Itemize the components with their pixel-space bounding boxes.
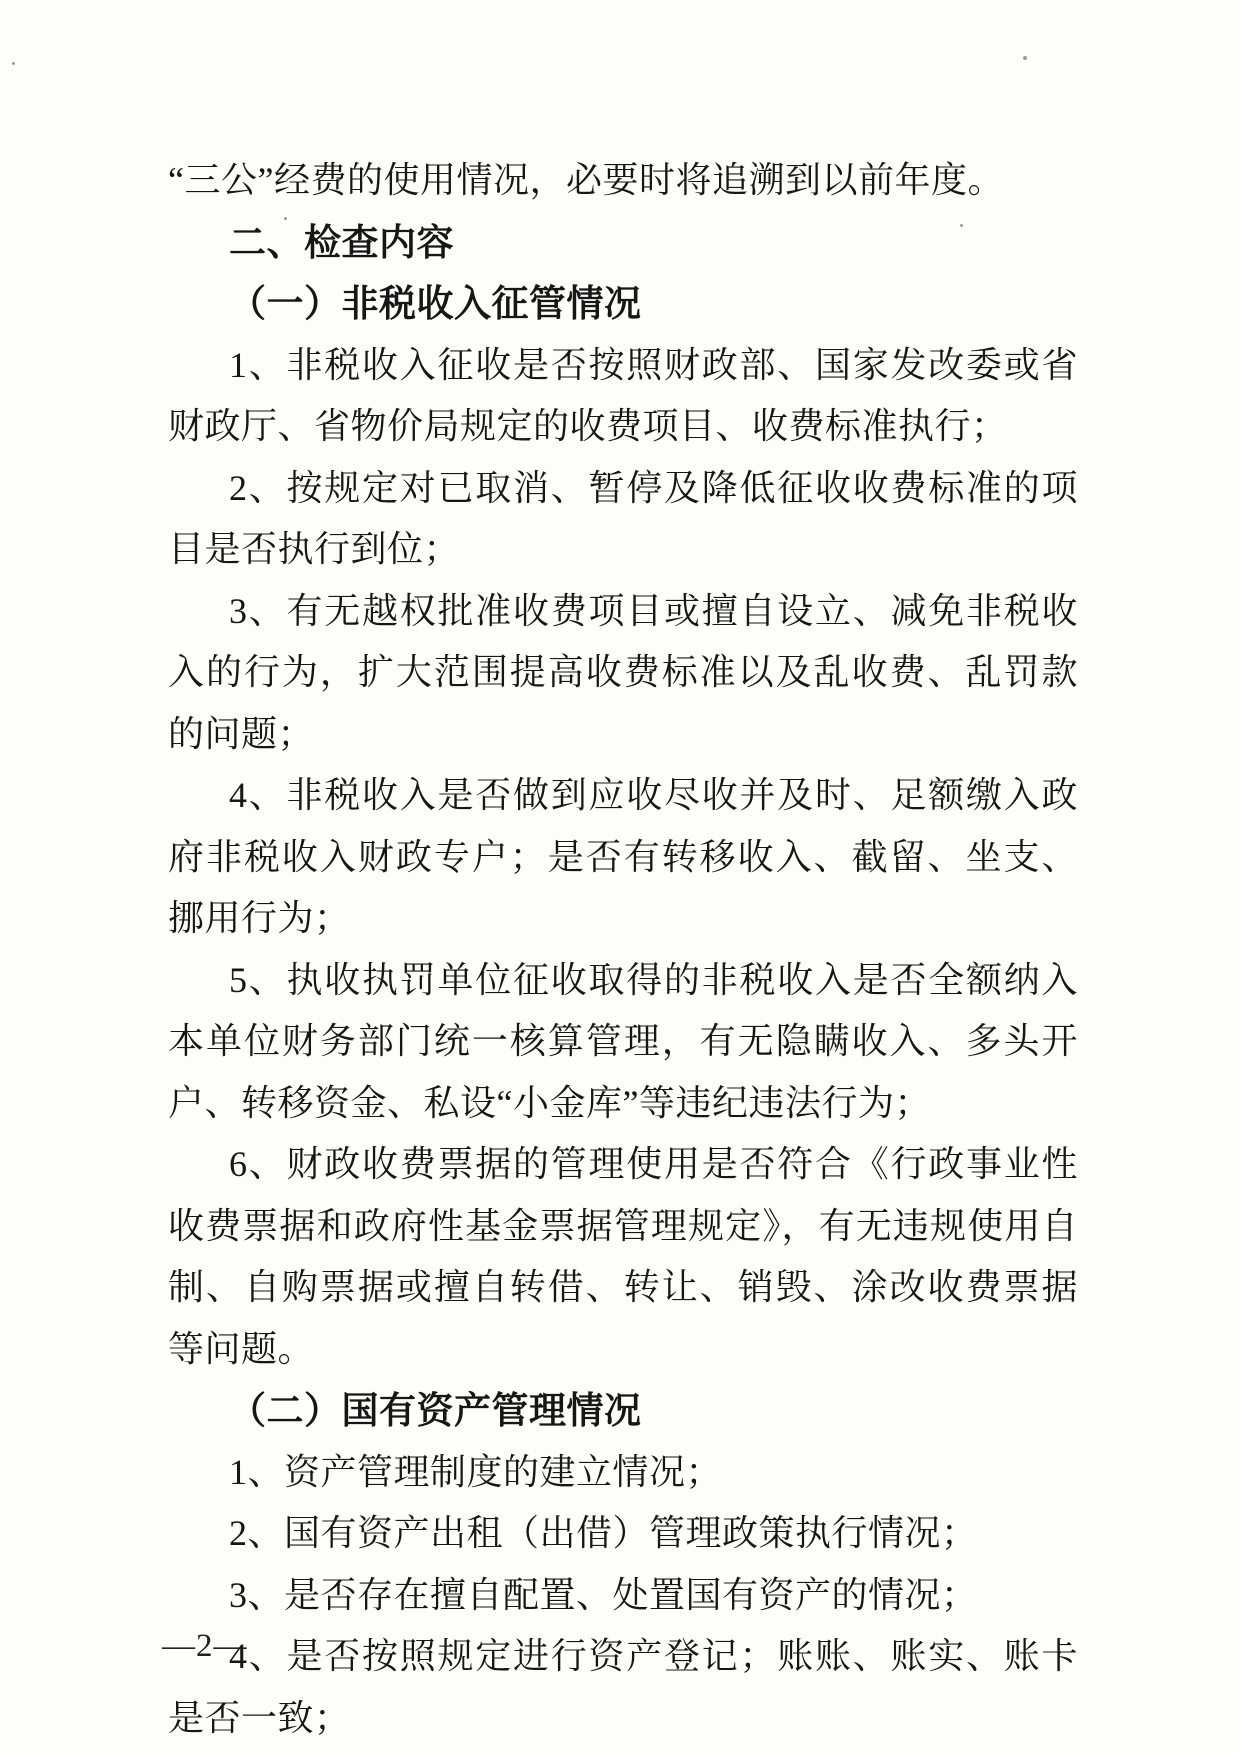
scan-speck [12,62,15,65]
document-body: “三公”经费的使用情况，必要时将追溯到以前年度。 二、检查内容 （一）非税收入征… [168,150,1078,1749]
paragraph-nontax-item-6: 6、财政收费票据的管理使用是否符合《行政事业性收费票据和政府性基金票据管理规定》… [168,1134,1078,1380]
paragraph-assets-item-3: 3、是否存在擅自配置、处置国有资产的情况； [168,1565,1078,1627]
paragraph-assets-item-2: 2、国有资产出租（出借）管理政策执行情况； [168,1503,1078,1565]
paragraph-nontax-item-4: 4、非税收入是否做到应收尽收并及时、足额缴入政府非税收入财政专户；是否有转移收入… [168,765,1078,950]
paragraph-nontax-item-2: 2、按规定对已取消、暂停及降低征收收费标准的项目是否执行到位； [168,458,1078,581]
scan-speck [1023,56,1027,60]
paragraph-nontax-item-5: 5、执收执罚单位征收取得的非税收入是否全额纳入本单位财务部门统一核算管理，有无隐… [168,950,1078,1135]
scan-speck [284,217,287,220]
page-number: —2— [162,1628,248,1665]
paragraph-assets-item-1: 1、资产管理制度的建立情况； [168,1442,1078,1504]
scan-speck [960,224,963,227]
paragraph-nontax-item-1: 1、非税收入征收是否按照财政部、国家发改委或省财政厅、省物价局规定的收费项目、收… [168,335,1078,458]
paragraph-nontax-item-3: 3、有无越权批准收费项目或擅自设立、减免非税收入的行为，扩大范围提高收费标准以及… [168,581,1078,766]
section-heading-inspection-content: 二、检查内容 [168,212,1078,274]
subsection-heading-state-assets: （二）国有资产管理情况 [168,1380,1078,1442]
continuation-paragraph: “三公”经费的使用情况，必要时将追溯到以前年度。 [168,150,1078,212]
paragraph-assets-item-4: 4、是否按照规定进行资产登记；账账、账实、账卡是否一致； [168,1626,1078,1749]
subsection-heading-nontax-revenue: （一）非税收入征管情况 [168,273,1078,335]
document-page: “三公”经费的使用情况，必要时将追溯到以前年度。 二、检查内容 （一）非税收入征… [0,0,1240,1754]
